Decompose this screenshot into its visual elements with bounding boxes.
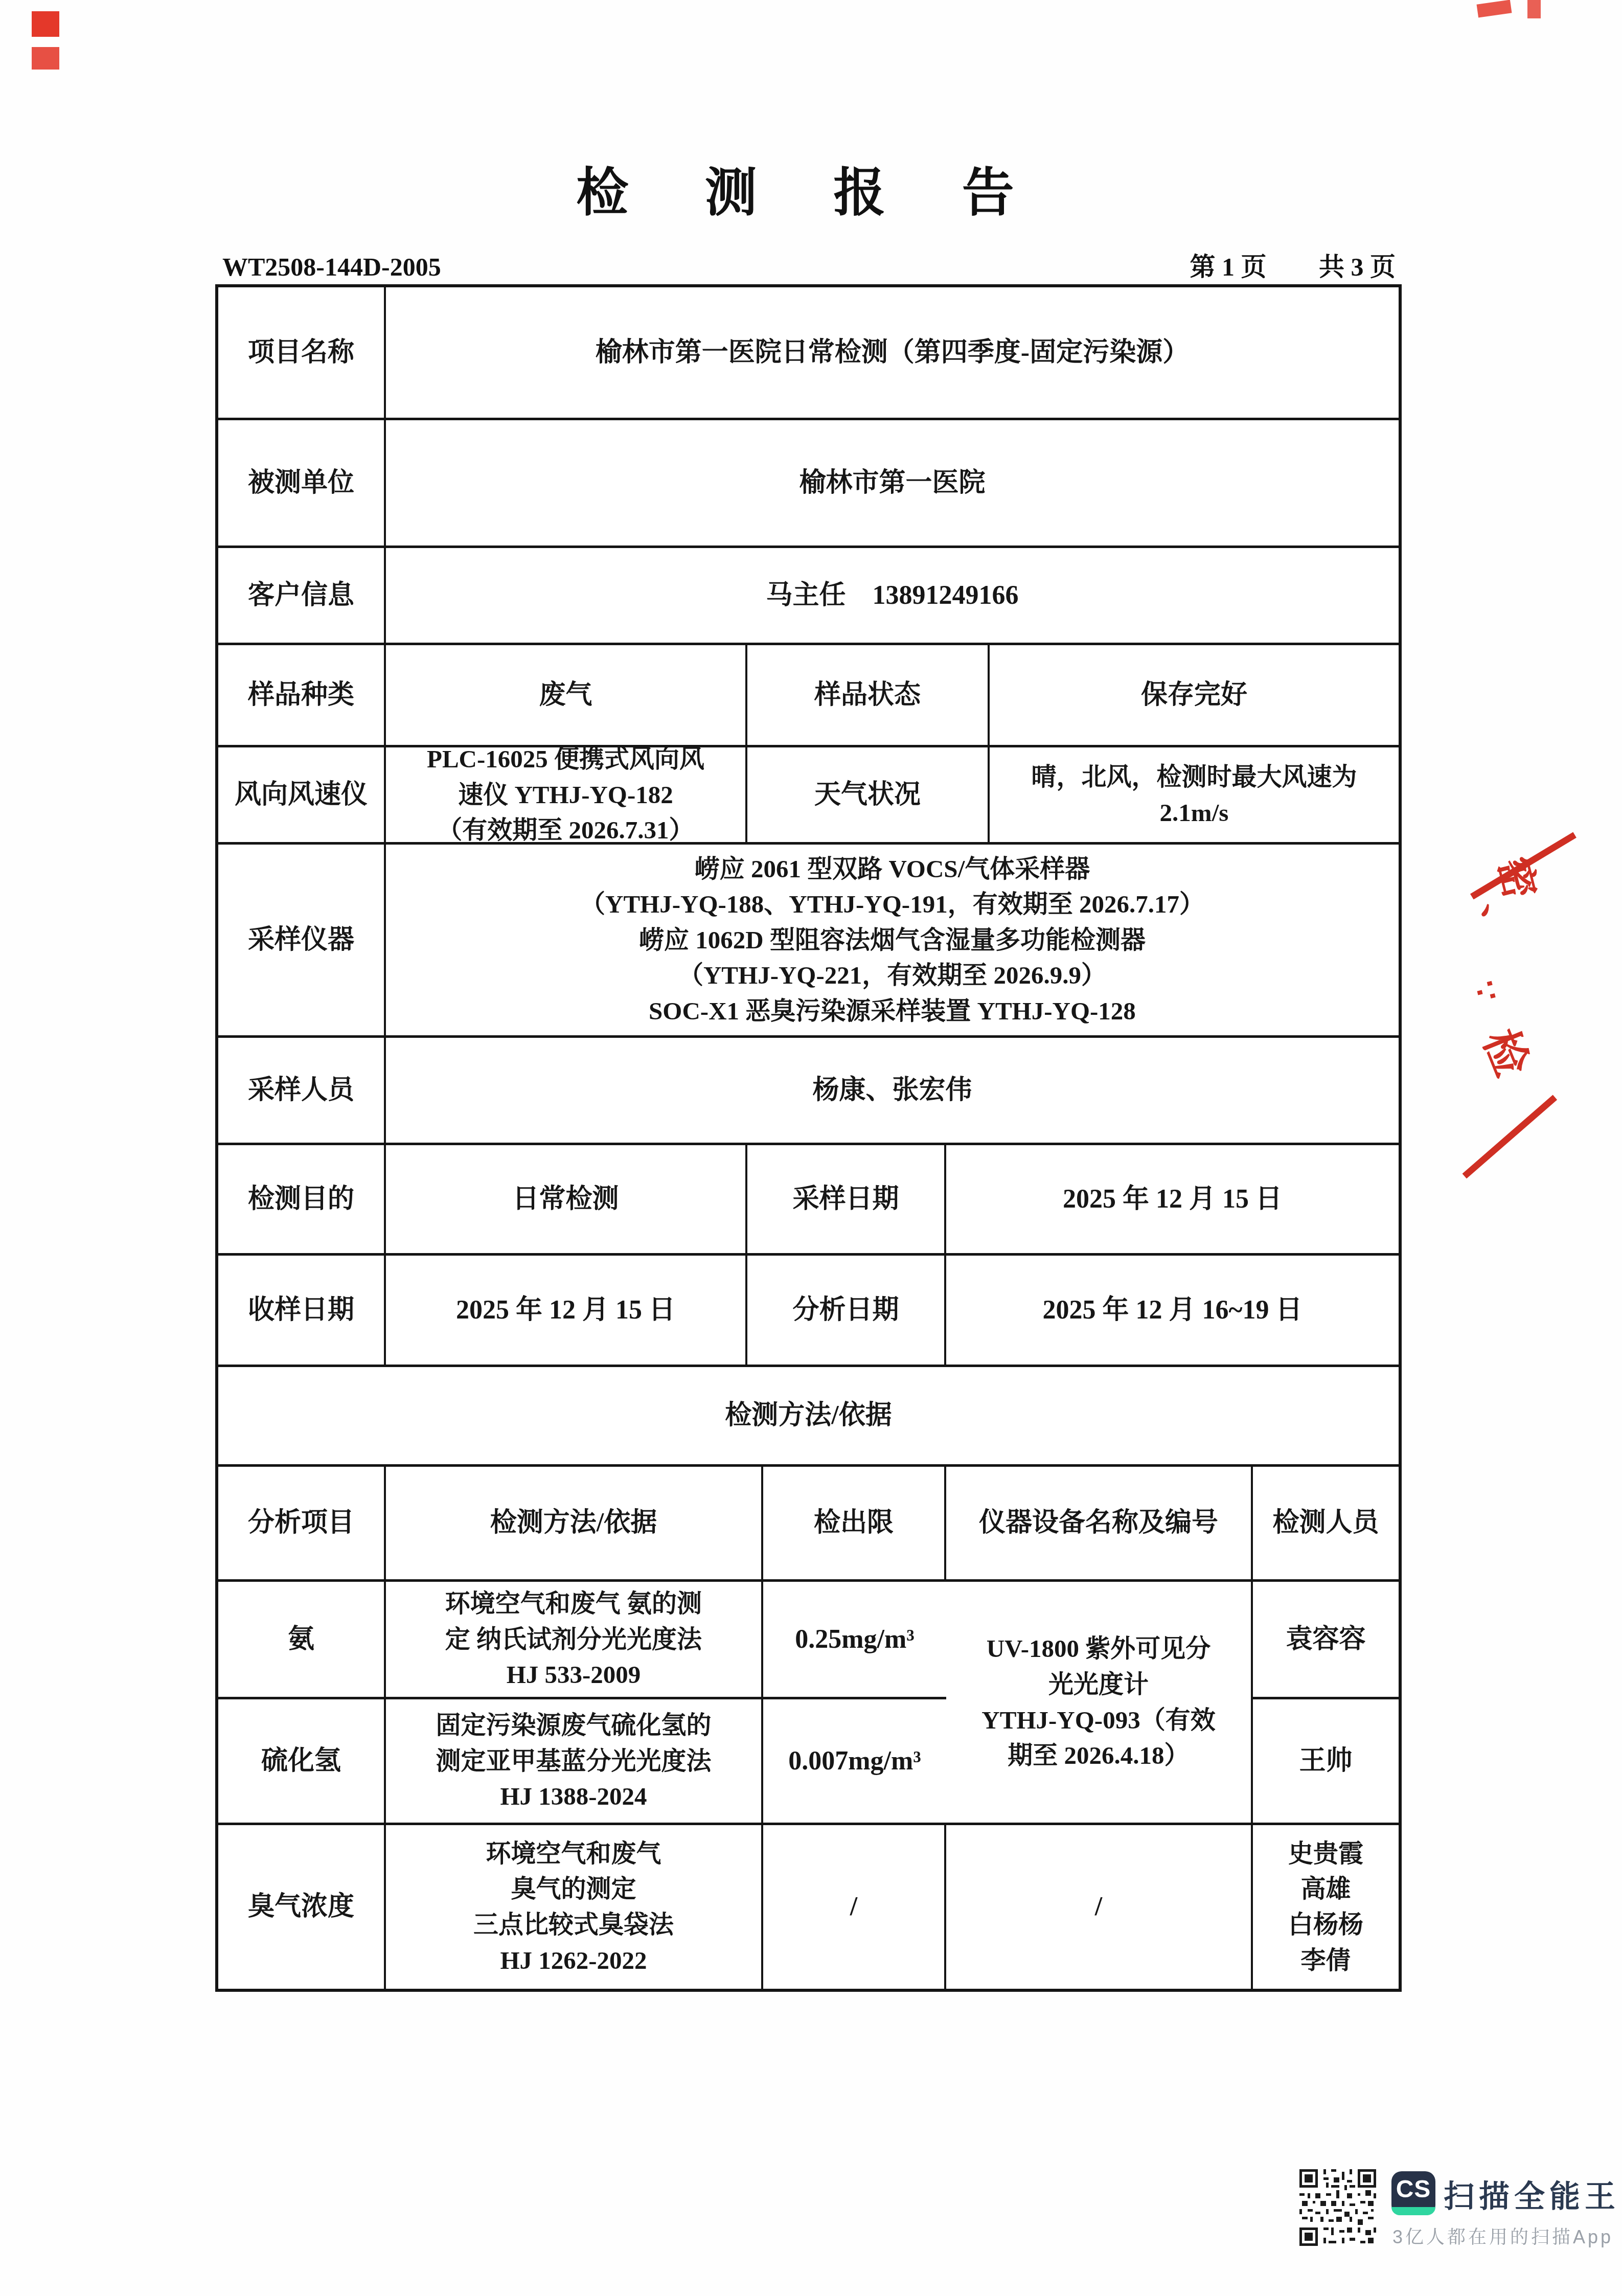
red-edge-mark bbox=[1527, 0, 1541, 18]
qr-code bbox=[1299, 2169, 1376, 2246]
red-edge-mark bbox=[1477, 0, 1512, 17]
col-tester: 检测人员 bbox=[1253, 1467, 1399, 1579]
document-title: 检 测 报 告 bbox=[0, 151, 1622, 226]
purpose-label: 检测目的 bbox=[218, 1145, 386, 1253]
table-row-ammonia: 氨 环境空气和废气 氨的测 定 纳氏试剂分光光度法 HJ 533-2009 0.… bbox=[218, 1582, 946, 1699]
page-indicator: 第 1 页 共 3 页 bbox=[1144, 246, 1396, 283]
seal-stroke: ／ bbox=[1459, 1063, 1561, 1201]
scanner-app-slogan: 3亿人都在用的扫描App bbox=[1392, 2223, 1613, 2249]
h2s-limit: 0.007mg/m³ bbox=[763, 1699, 946, 1823]
analysis-date-value: 2025 年 12 月 16~19 日 bbox=[946, 1256, 1399, 1365]
red-seal-fragment: ／ 密 、 ∵ 检 ／ bbox=[1455, 801, 1598, 1199]
h2s-item: 硫化氢 bbox=[218, 1699, 386, 1823]
table-row-sampling-instruments: 采样仪器 崂应 2061 型双路 VOCS/气体采样器 （YTHJ-YQ-188… bbox=[218, 845, 1399, 1038]
red-corner-mark bbox=[32, 47, 59, 70]
sampling-date-label: 采样日期 bbox=[747, 1145, 946, 1253]
anemometer-value: PLC-16025 便携式风向风 速仪 YTHJ-YQ-182 （有效期至 20… bbox=[386, 747, 747, 842]
ammonia-limit: 0.25mg/m³ bbox=[763, 1582, 946, 1697]
h2s-tester: 王帅 bbox=[1253, 1699, 1399, 1823]
table-rows-ammonia-h2s: 氨 环境空气和废气 氨的测 定 纳氏试剂分光光度法 HJ 533-2009 0.… bbox=[218, 1582, 1399, 1825]
ammonia-item: 氨 bbox=[218, 1582, 386, 1697]
project-label: 项目名称 bbox=[218, 287, 386, 418]
table-row-receive: 收样日期 2025 年 12 月 15 日 分析日期 2025 年 12 月 1… bbox=[218, 1256, 1399, 1367]
sampling-instruments-label: 采样仪器 bbox=[218, 845, 386, 1035]
receive-date-value: 2025 年 12 月 15 日 bbox=[386, 1256, 747, 1365]
table-row-tested-unit: 被测单位 榆林市第一医院 bbox=[218, 420, 1399, 548]
table-row-purpose: 检测目的 日常检测 采样日期 2025 年 12 月 15 日 bbox=[218, 1145, 1399, 1256]
ammonia-method: 环境空气和废气 氨的测 定 纳氏试剂分光光度法 HJ 533-2009 bbox=[386, 1582, 763, 1697]
client-info-value: 马主任 13891249166 bbox=[386, 548, 1399, 643]
weather-value: 晴，北风，检测时最大风速为 2.1m/s bbox=[990, 747, 1399, 842]
report-number: WT2508-144D-2005 bbox=[222, 252, 441, 282]
page-total: 共 3 页 bbox=[1319, 253, 1396, 281]
method-section-title: 检测方法/依据 bbox=[218, 1367, 1399, 1464]
odor-item: 臭气浓度 bbox=[218, 1825, 386, 1989]
camscanner-logo-text: CS bbox=[1391, 2171, 1435, 2207]
sample-type-value: 废气 bbox=[386, 645, 747, 745]
seal-char: ∵ bbox=[1466, 977, 1505, 1005]
table-row-method-section-title: 检测方法/依据 bbox=[218, 1367, 1399, 1467]
h2s-method: 固定污染源废气硫化氢的 测定亚甲基蓝分光光度法 HJ 1388-2024 bbox=[386, 1699, 763, 1823]
table-row-sample: 样品种类 废气 样品状态 保存完好 bbox=[218, 645, 1399, 747]
shared-instrument-cell: UV-1800 紫外可见分 光光度计 YTHJ-YQ-093（有效 期至 202… bbox=[946, 1582, 1253, 1823]
analysis-date-label: 分析日期 bbox=[747, 1256, 946, 1365]
camscanner-logo: CS bbox=[1391, 2171, 1435, 2215]
sampling-personnel-value: 杨康、张宏伟 bbox=[386, 1038, 1399, 1143]
ammonia-tester: 袁容容 bbox=[1253, 1582, 1399, 1699]
client-info-label: 客户信息 bbox=[218, 548, 386, 643]
odor-testers: 史贵霞 高雄 白杨杨 李倩 bbox=[1253, 1825, 1399, 1989]
tested-unit-value: 榆林市第一医院 bbox=[386, 420, 1399, 545]
sample-state-label: 样品状态 bbox=[747, 645, 990, 745]
page-number: 第 1 页 bbox=[1190, 253, 1267, 281]
camscanner-logo-accent bbox=[1391, 2207, 1435, 2215]
odor-method: 环境空气和废气 臭气的测定 三点比较式臭袋法 HJ 1262-2022 bbox=[386, 1825, 763, 1989]
table-row-project: 项目名称 榆林市第一医院日常检测（第四季度-固定污染源） bbox=[218, 287, 1399, 420]
col-detection-limit: 检出限 bbox=[763, 1467, 946, 1579]
odor-instrument: / bbox=[946, 1825, 1253, 1989]
sampling-instruments-value: 崂应 2061 型双路 VOCS/气体采样器 （YTHJ-YQ-188、YTHJ… bbox=[386, 845, 1399, 1035]
subheader-row: WT2508-144D-2005 第 1 页 共 3 页 bbox=[222, 246, 1396, 283]
receive-date-label: 收样日期 bbox=[218, 1256, 386, 1365]
col-instrument: 仪器设备名称及编号 bbox=[946, 1467, 1253, 1579]
anemometer-label: 风向风速仪 bbox=[218, 747, 386, 842]
sampling-date-value: 2025 年 12 月 15 日 bbox=[946, 1145, 1399, 1253]
scanner-app-name: 扫描全能王 bbox=[1444, 2173, 1620, 2216]
red-corner-mark bbox=[32, 11, 59, 37]
table-row-sampling-personnel: 采样人员 杨康、张宏伟 bbox=[218, 1038, 1399, 1145]
sample-state-value: 保存完好 bbox=[990, 645, 1399, 745]
col-method: 检测方法/依据 bbox=[386, 1467, 763, 1579]
purpose-value: 日常检测 bbox=[386, 1145, 747, 1253]
table-row-h2s: 硫化氢 固定污染源废气硫化氢的 测定亚甲基蓝分光光度法 HJ 1388-2024… bbox=[218, 1699, 946, 1823]
table-row-odor: 臭气浓度 环境空气和废气 臭气的测定 三点比较式臭袋法 HJ 1262-2022… bbox=[218, 1825, 1399, 1989]
tested-unit-label: 被测单位 bbox=[218, 420, 386, 545]
report-table: 项目名称 榆林市第一医院日常检测（第四季度-固定污染源） 被测单位 榆林市第一医… bbox=[215, 284, 1402, 1992]
table-row-wind: 风向风速仪 PLC-16025 便携式风向风 速仪 YTHJ-YQ-182 （有… bbox=[218, 747, 1399, 845]
weather-label: 天气状况 bbox=[747, 747, 990, 842]
scanned-report-page: 检 测 报 告 WT2508-144D-2005 第 1 页 共 3 页 项目名… bbox=[0, 0, 1622, 2296]
table-row-method-header: 分析项目 检测方法/依据 检出限 仪器设备名称及编号 检测人员 bbox=[218, 1467, 1399, 1582]
odor-limit: / bbox=[763, 1825, 946, 1989]
sampling-personnel-label: 采样人员 bbox=[218, 1038, 386, 1143]
col-analysis-item: 分析项目 bbox=[218, 1467, 386, 1579]
table-row-client-info: 客户信息 马主任 13891249166 bbox=[218, 548, 1399, 645]
sample-type-label: 样品种类 bbox=[218, 645, 386, 745]
project-value: 榆林市第一医院日常检测（第四季度-固定污染源） bbox=[386, 287, 1399, 418]
